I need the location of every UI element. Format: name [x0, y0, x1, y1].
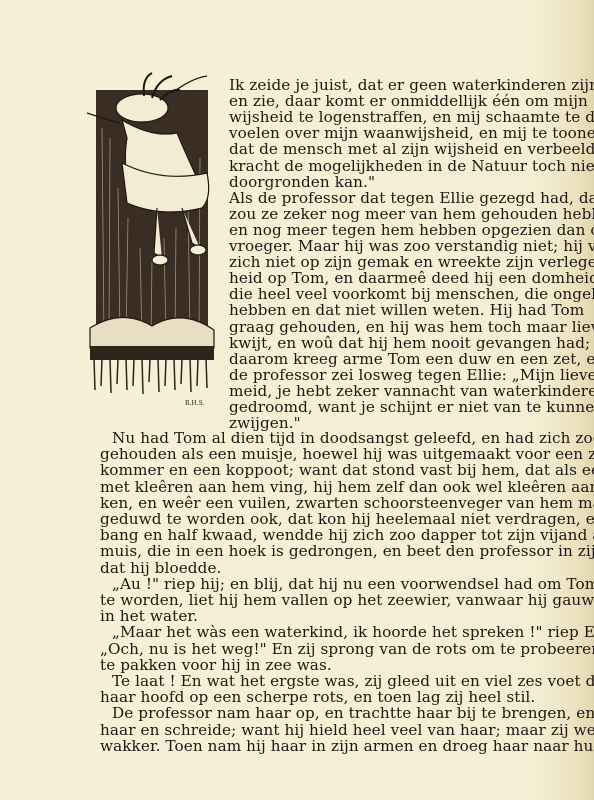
text-line: wakker. Toen nam hij haar in zijn armen … — [100, 738, 594, 755]
text-line: dat de mensch met al zijn wijsheid en ve… — [229, 141, 594, 158]
text-line: kommer en een koppoot; want dat stond va… — [100, 462, 594, 479]
text-line: graag gehouden, en hij was hem toch maar… — [229, 319, 594, 336]
illustrator-signature: R.H.S. — [185, 400, 204, 407]
text-line: „Maar het wàs een waterkind, ik hoorde h… — [112, 624, 594, 641]
text-line: De professor nam haar op, en trachtte ha… — [112, 705, 594, 722]
book-page: R.H.S. Ik zeide je juist, dat er geen wa… — [0, 0, 594, 800]
text-line: hebben en dat niet willen weten. Hij had… — [229, 302, 584, 319]
girl-on-rock-illustration — [82, 68, 222, 413]
text-line: muis, die in een hoek is gedrongen, en b… — [100, 543, 594, 560]
text-line: kracht de mogelijkheden in de Natuur toc… — [229, 158, 594, 175]
